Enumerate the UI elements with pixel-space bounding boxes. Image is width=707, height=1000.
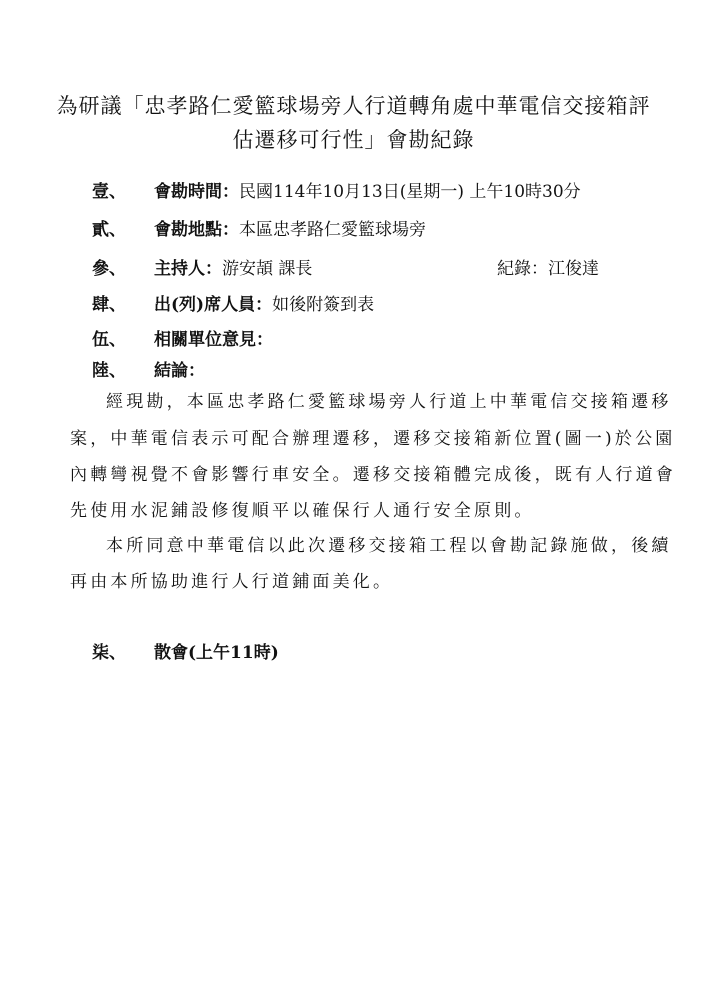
item-number: 陸、 xyxy=(92,356,154,381)
item-adjourn: 柒、散會(上午11時) xyxy=(92,638,279,663)
item-value: 本區忠孝路仁愛籃球場旁 xyxy=(239,220,426,240)
item-label: 出(列)席人員： xyxy=(154,295,272,315)
item-number: 伍、 xyxy=(92,325,154,350)
item-number: 肆、 xyxy=(92,290,154,315)
item-conclusion: 陸、結論： xyxy=(92,356,205,381)
item-label: 結論： xyxy=(154,361,205,381)
item-label: 相關單位意見： xyxy=(154,330,273,350)
document-title-line-1: 為研議「忠孝路仁愛籃球場旁人行道轉角處中華電信交接箱評 xyxy=(0,90,707,120)
item-value: 游安頡 課長 xyxy=(222,259,312,279)
item-number: 壹、 xyxy=(92,177,154,202)
item-host: 參、主持人：游安頡 課長 xyxy=(92,254,312,279)
item-meeting-location: 貳、會勘地點：本區忠孝路仁愛籃球場旁 xyxy=(92,215,426,240)
conclusion-p2-line-1: 本所同意中華電信以此次遷移交接箱工程以會勘記錄施做，後續 xyxy=(106,531,672,556)
item-attendees: 肆、出(列)席人員：如後附簽到表 xyxy=(92,290,374,315)
conclusion-p1-line-4: 先使用水泥鋪設修復順平以確保行人通行安全原則。 xyxy=(70,496,535,521)
item-label: 散會(上午11時) xyxy=(154,643,279,663)
item-label: 主持人： xyxy=(154,259,222,279)
item-value: 民國114年10月13日(星期一) 上午10時30分 xyxy=(239,182,581,202)
conclusion-p1-line-2: 案，中華電信表示可配合辦理遷移，遷移交接箱新位置(圖一)於公園 xyxy=(70,424,675,449)
conclusion-p1-line-3: 內轉彎視覺不會影響行車安全。遷移交接箱體完成後，既有人行道會 xyxy=(70,460,676,485)
conclusion-p1-line-1: 經現勘，本區忠孝路仁愛籃球場旁人行道上中華電信交接箱遷移 xyxy=(106,387,672,412)
item-label: 會勘時間： xyxy=(154,182,239,202)
item-number: 貳、 xyxy=(92,215,154,240)
conclusion-p2-line-2: 再由本所協助進行人行道鋪面美化。 xyxy=(70,567,393,592)
item-number: 參、 xyxy=(92,254,154,279)
item-label: 會勘地點： xyxy=(154,220,239,240)
item-value: 如後附簽到表 xyxy=(272,295,374,315)
item-meeting-time: 壹、會勘時間：民國114年10月13日(星期一) 上午10時30分 xyxy=(92,177,581,202)
item-number: 柒、 xyxy=(92,638,154,663)
document-title-line-2: 估遷移可行性」會勘紀錄 xyxy=(0,124,707,154)
recorder: 紀錄：江俊達 xyxy=(497,254,599,279)
item-unit-opinions: 伍、相關單位意見： xyxy=(92,325,273,350)
